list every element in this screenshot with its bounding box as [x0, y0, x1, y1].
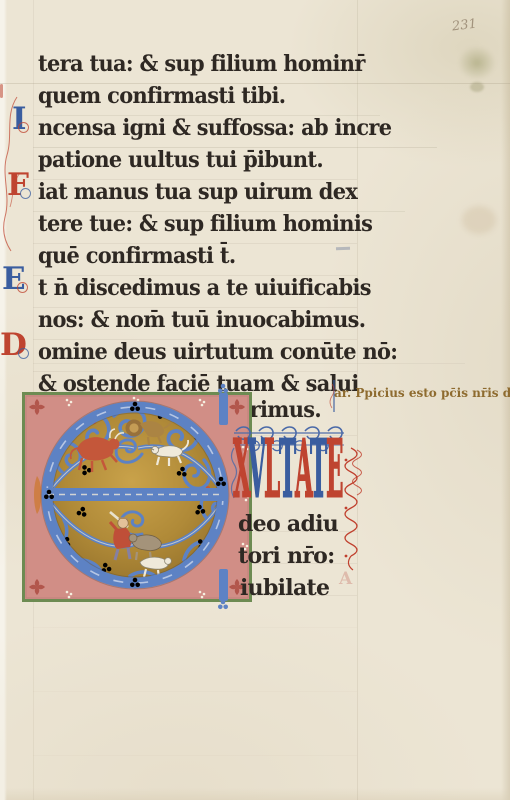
- text-line: iat manus tua sup uirum dex: [38, 180, 357, 204]
- text-line: quem confirmasti tibi.: [38, 84, 285, 108]
- display-capital: T: [279, 430, 296, 510]
- psalm-continuation-line: iubilate: [240, 576, 329, 600]
- ink-smudge: [470, 82, 484, 92]
- psalm-continuation-line: tori nr̄o:: [238, 544, 335, 568]
- parchment-stain: [462, 206, 496, 234]
- margin-flourish: [0, 95, 22, 255]
- psalm-continuation-line: deo adiu: [238, 512, 338, 536]
- text-line: patione uultus tui p̄ibunt.: [38, 148, 323, 172]
- ink-smudge: [458, 46, 496, 80]
- text-line: nos: & nom̄ tuū inuocabimus.: [38, 308, 365, 332]
- text-line: tere tue: & sup filium hominis: [38, 212, 372, 236]
- ruling-line: [33, 755, 357, 756]
- illuminated-initial-e: [22, 392, 252, 602]
- rubric-flourish: [330, 380, 338, 414]
- versal-initial-d: D: [0, 330, 27, 361]
- penwork-cascade: [342, 448, 364, 574]
- manuscript-page: 231 tera tua: & sup filium hominr̄ quem …: [0, 0, 510, 800]
- ruling-line: [33, 627, 357, 628]
- display-capital: E: [326, 430, 344, 510]
- display-capital: T: [310, 430, 327, 510]
- folio-number: 231: [451, 17, 477, 35]
- show-through-letter: A: [339, 569, 352, 589]
- versal-initial-e: E: [2, 264, 26, 295]
- text-line: omine deus uirtutum conūte nō:: [38, 340, 397, 364]
- text-line: t n̄ discedimus a te uiuificabis: [38, 276, 371, 300]
- text-line: quē confirmasti t̄.: [38, 244, 235, 268]
- rubric-annotation: ar. Ppicius esto pc̄is nr̄is dn̄e.: [334, 387, 510, 399]
- text-line: ncensa igni & suffossa: ab incre: [38, 116, 391, 140]
- display-capital: L: [264, 430, 280, 510]
- line-filler-dash: [336, 247, 350, 250]
- text-line: tera tua: & sup filium hominr̄: [38, 52, 365, 76]
- ruling-line: [33, 691, 357, 692]
